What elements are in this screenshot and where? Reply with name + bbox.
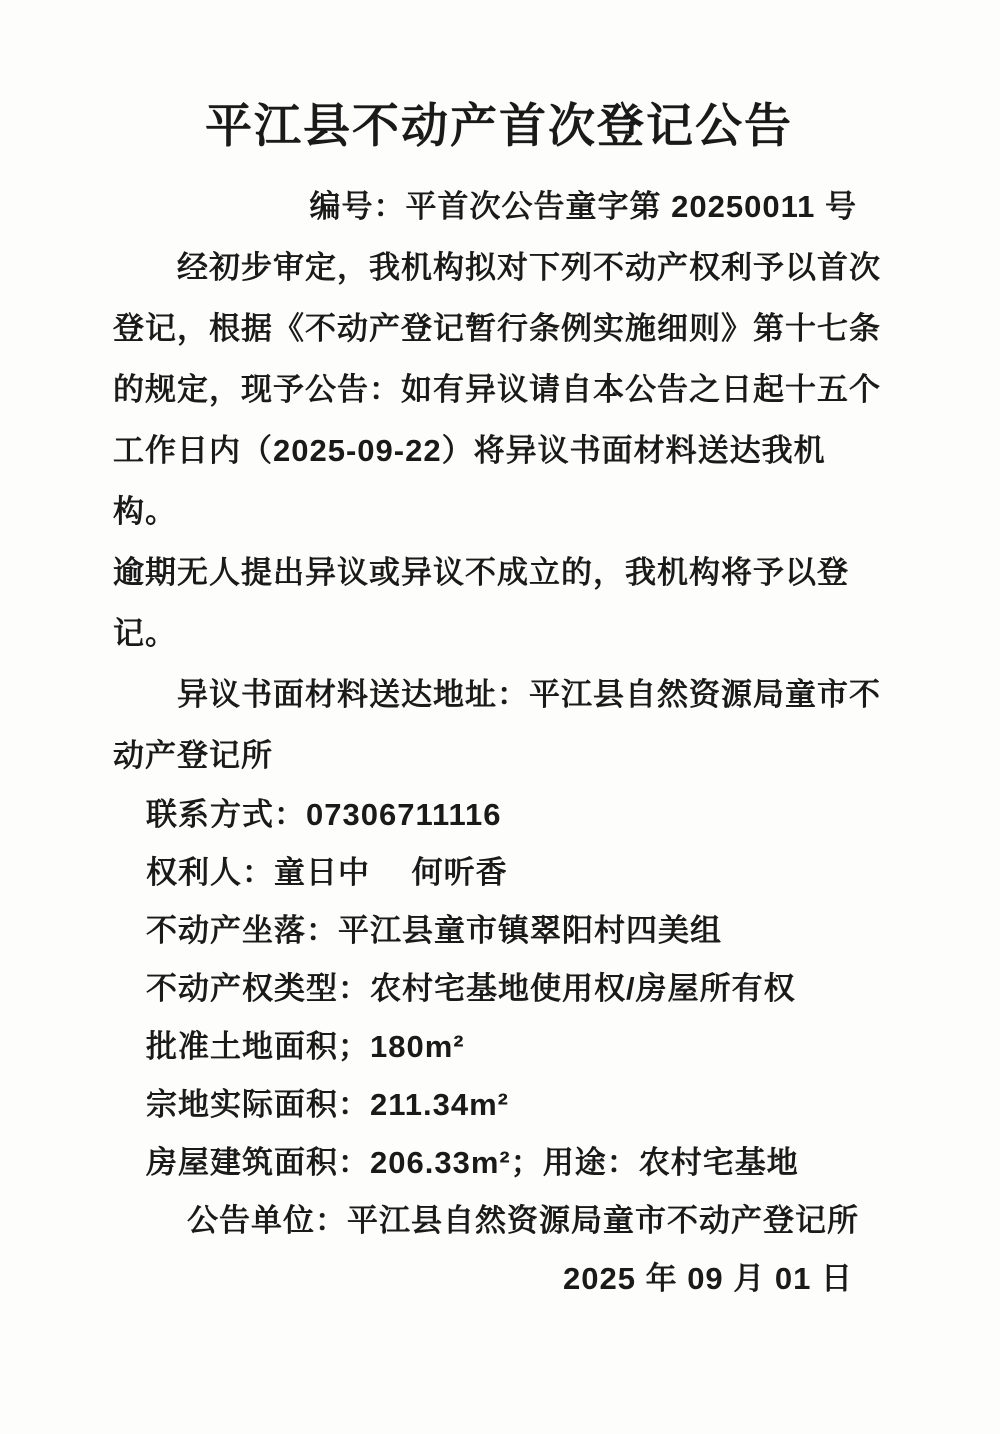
issuer-line: 公告单位：平江县自然资源局童市不动产登记所 xyxy=(113,1192,885,1250)
paragraph-line: 动产登记所 xyxy=(113,725,885,786)
main-paragraph: 经初步审定，我机构拟对下列不动产权利予以首次 登记，根据《不动产登记暂行条例实施… xyxy=(113,237,885,664)
field-contact-number: 联系方式：07306711116 xyxy=(113,786,885,844)
field-list: 联系方式：07306711116 权利人：童日中 何听香 不动产坐落：平江县童市… xyxy=(113,786,885,1192)
paragraph-line: 工作日内（2025-09-22）将异议书面材料送达我机构。 xyxy=(113,420,885,542)
field-property-location: 不动产坐落：平江县童市镇翠阳村四美组 xyxy=(113,902,885,960)
paragraph-line: 的规定，现予公告：如有异议请自本公告之日起十五个 xyxy=(113,359,885,420)
field-right-type: 不动产权类型：农村宅基地使用权/房屋所有权 xyxy=(113,960,885,1018)
announcement-document: 平江县不动产首次登记公告 编号：平首次公告童字第 20250011 号 经初步审… xyxy=(0,0,1000,1434)
field-right-holder: 权利人：童日中 何听香 xyxy=(113,844,885,902)
paragraph-line: 逾期无人提出异议或异议不成立的，我机构将予以登 xyxy=(113,542,885,603)
date-line: 2025 年 09 月 01 日 xyxy=(113,1250,885,1308)
field-building-area-usage: 房屋建筑面积：206.33m²；用途：农村宅基地 xyxy=(113,1134,885,1192)
doc-number: 编号：平首次公告童字第 20250011 号 xyxy=(113,176,885,237)
field-approved-land-area: 批准土地面积；180m² xyxy=(113,1018,885,1076)
paragraph-line: 异议书面材料送达地址：平江县自然资源局童市不 xyxy=(113,664,885,725)
paragraph-line: 登记，根据《不动产登记暂行条例实施细则》第十七条 xyxy=(113,298,885,359)
paragraph-line: 经初步审定，我机构拟对下列不动产权利予以首次 xyxy=(113,237,885,298)
paragraph-line: 记。 xyxy=(113,603,885,664)
field-parcel-actual-area: 宗地实际面积：211.34m² xyxy=(113,1076,885,1134)
address-paragraph: 异议书面材料送达地址：平江县自然资源局童市不 动产登记所 xyxy=(113,664,885,786)
page-title: 平江县不动产首次登记公告 xyxy=(113,84,885,168)
